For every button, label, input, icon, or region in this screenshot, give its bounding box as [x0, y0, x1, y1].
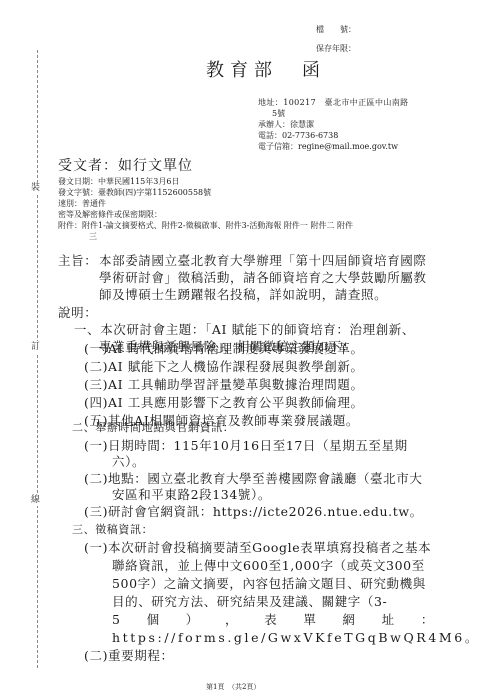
- justified-char: 單: [303, 612, 316, 629]
- important-schedule: (二)重要期程：: [84, 648, 174, 665]
- submission-info-justified: 5 個 ） ， 表 單 網 址 ：: [112, 612, 434, 629]
- topic-item: (一)AI 時代師資培育治理制度與專業發展變革。: [84, 341, 364, 358]
- document-number: 發文字號：臺教師(四)字第1152600558號: [58, 187, 211, 198]
- binding-line: [37, 50, 38, 668]
- justified-char: 個: [147, 612, 160, 629]
- event-venue: (二)地點：國立臺北教育大學至善樓國際會議廳（臺北市大: [84, 471, 422, 488]
- justified-char: 址: [382, 612, 395, 629]
- attachments[interactable]: 附件：附件1-論文摘要格式、附件2-徵稿啟事、附件3-活動海報 附件一 附件二 …: [58, 220, 353, 231]
- confidentiality: 密等及解密條件或保密期限：: [58, 209, 162, 220]
- sender-address: 地址：100217 臺北市中正區中山南路: [258, 97, 409, 108]
- event-venue-cont: 安區和平東路2段134號）。: [112, 487, 271, 504]
- binding-mark-ding: 訂: [31, 341, 40, 353]
- justified-char: ，: [225, 612, 238, 629]
- justified-char: ：: [421, 612, 434, 629]
- event-date-cont: 六）。: [112, 454, 145, 471]
- contact-person: 承辦人：徐慧潔: [258, 119, 314, 130]
- submission-info-cont: 500字）之論文摘要，內容包括論文題目、研究動機與: [112, 576, 426, 593]
- section-3-heading: 三、徵稿資訊：: [72, 522, 153, 539]
- subject-label: 主旨：: [58, 253, 97, 270]
- topic-item: (四)AI 工具應用影響下之教育公平與教師倫理。: [84, 395, 364, 412]
- submission-info: (一)本次研討會投稿摘要請至Google表單填寫投稿者之基本: [84, 540, 431, 557]
- submission-info-cont: 聯絡資訊，並上傳中文600至1,000字（或英文300至: [112, 558, 425, 575]
- form-url[interactable]: https://forms.gle/GwxVKfeTGqBwQR4M6。: [112, 630, 480, 647]
- subject-line: 學術研討會」徵稿活動，請各師資培育之大學鼓勵所屬教: [99, 270, 427, 287]
- contact-email: 電子信箱：regine@mail.moe.gov.tw: [258, 141, 398, 152]
- topic-item: (二)AI 賦能下之人機協作課程發展與教學創新。: [84, 359, 364, 376]
- file-number-label: 檔 號：: [316, 24, 356, 35]
- justified-char: 5: [112, 612, 121, 629]
- document-title: 教育部 函: [206, 56, 326, 82]
- event-website[interactable]: (三)研討會官網資訊：https://icte2026.ntue.edu.tw。: [84, 504, 423, 521]
- justified-char: 表: [264, 612, 277, 629]
- justified-char: ）: [186, 612, 199, 629]
- delivery-speed: 速別：普通件: [58, 198, 106, 209]
- subject-line: 本部委請國立臺北教育大學辦理「第十四屆師資培育國際: [99, 253, 427, 270]
- subject-line: 師及博碩士生踴躍報名投稿，詳如說明，請查照。: [99, 287, 387, 304]
- justified-char: 網: [342, 612, 355, 629]
- section-2-heading: 二、舉辦時間地點與官網資訊：: [72, 420, 234, 437]
- event-date: (一)日期時間：115年10月16日至17日（星期五至星期: [84, 438, 408, 455]
- explanation-label: 說明：: [58, 305, 97, 322]
- retention-period-label: 保存年限：: [316, 43, 356, 54]
- issue-date: 發文日期：中華民國115年3月6日: [58, 176, 179, 187]
- submission-info-cont: 目的、研究方法、研究結果及建議、關鍵字（3-: [112, 594, 387, 611]
- section-1-heading: 一、本次研討會主題：「AI 賦能下的師資培育：治理創新、: [74, 322, 415, 339]
- contact-phone: 電話：02-7736-6738: [258, 130, 338, 141]
- page-footer: 第1頁 （共2頁）: [206, 682, 260, 692]
- topic-item: (三)AI 工具輔助學習評量變革與數據治理問題。: [84, 377, 364, 394]
- binding-mark-xian: 線: [31, 494, 40, 506]
- recipient: 受文者：如行文單位: [58, 155, 193, 175]
- binding-mark-zhuang: 裝: [31, 182, 40, 194]
- attachments-cont[interactable]: 三: [89, 231, 97, 242]
- sender-address-cont: 5號: [272, 108, 285, 119]
